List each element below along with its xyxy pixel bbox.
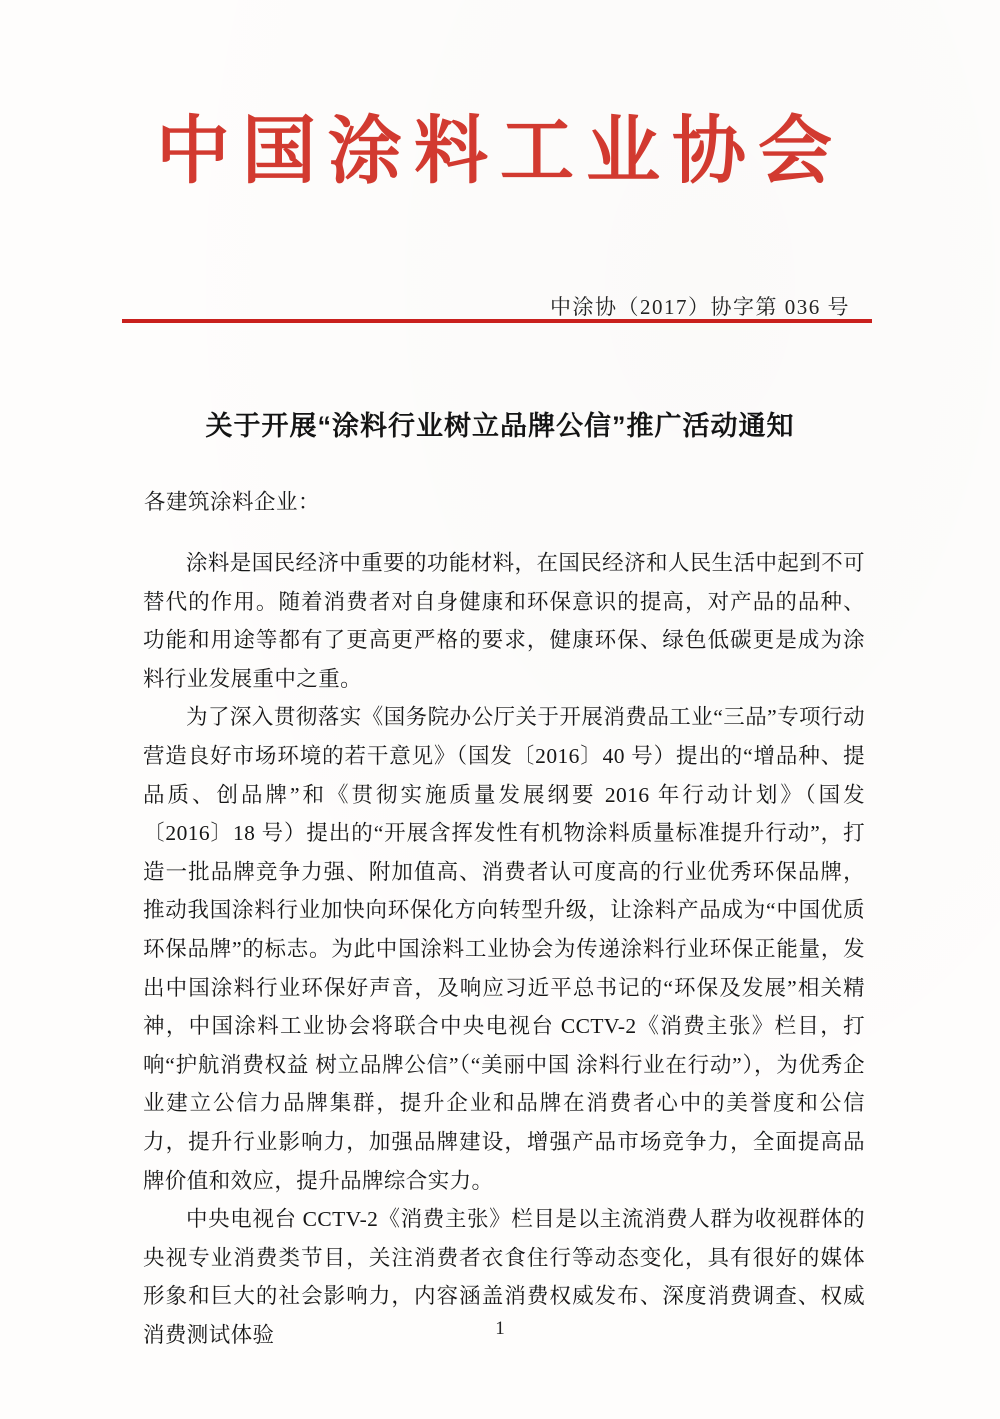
body-paragraph: 涂料是国民经济中重要的功能材料，在国民经济和人民生活中起到不可替代的作用。随着消… <box>143 544 865 698</box>
body-paragraph: 为了深入贯彻落实《国务院办公厅关于开展消费品工业“三品”专项行动营造良好市场环境… <box>143 698 865 1200</box>
doc-number: 中涂协（2017）协字第 036 号 <box>550 291 850 321</box>
document-page: 中国涂料工业协会 中涂协（2017）协字第 036 号 关于开展“涂料行业树立品… <box>0 0 1000 1419</box>
page-number: 1 <box>0 1318 1000 1340</box>
notice-title: 关于开展“涂料行业树立品牌公信”推广活动通知 <box>0 404 1000 443</box>
notice-body: 涂料是国民经济中重要的功能材料，在国民经济和人民生活中起到不可替代的作用。随着消… <box>143 544 865 1354</box>
letterhead-org-name: 中国涂料工业协会 <box>0 92 1000 198</box>
letterhead-divider-rule <box>122 319 872 323</box>
salutation: 各建筑涂料企业： <box>144 485 320 516</box>
